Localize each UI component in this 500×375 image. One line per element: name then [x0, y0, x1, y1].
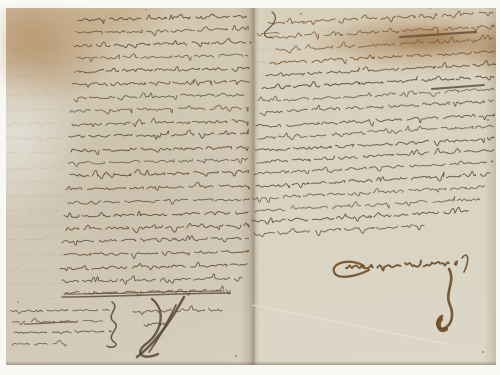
- ink-layer: [0, 0, 500, 375]
- strikethrough-lines: [24, 32, 484, 324]
- notary-signature: [334, 255, 468, 330]
- scratch-line: [252, 305, 446, 344]
- marginal-annotation: [10, 309, 111, 346]
- paraph-flourish: [107, 12, 275, 357]
- right-page-text: [252, 11, 496, 237]
- gutter-annotation: [257, 32, 279, 36]
- ink-specks: [17, 7, 498, 357]
- manuscript-screenshot: [0, 0, 500, 375]
- left-page-text: [60, 14, 251, 296]
